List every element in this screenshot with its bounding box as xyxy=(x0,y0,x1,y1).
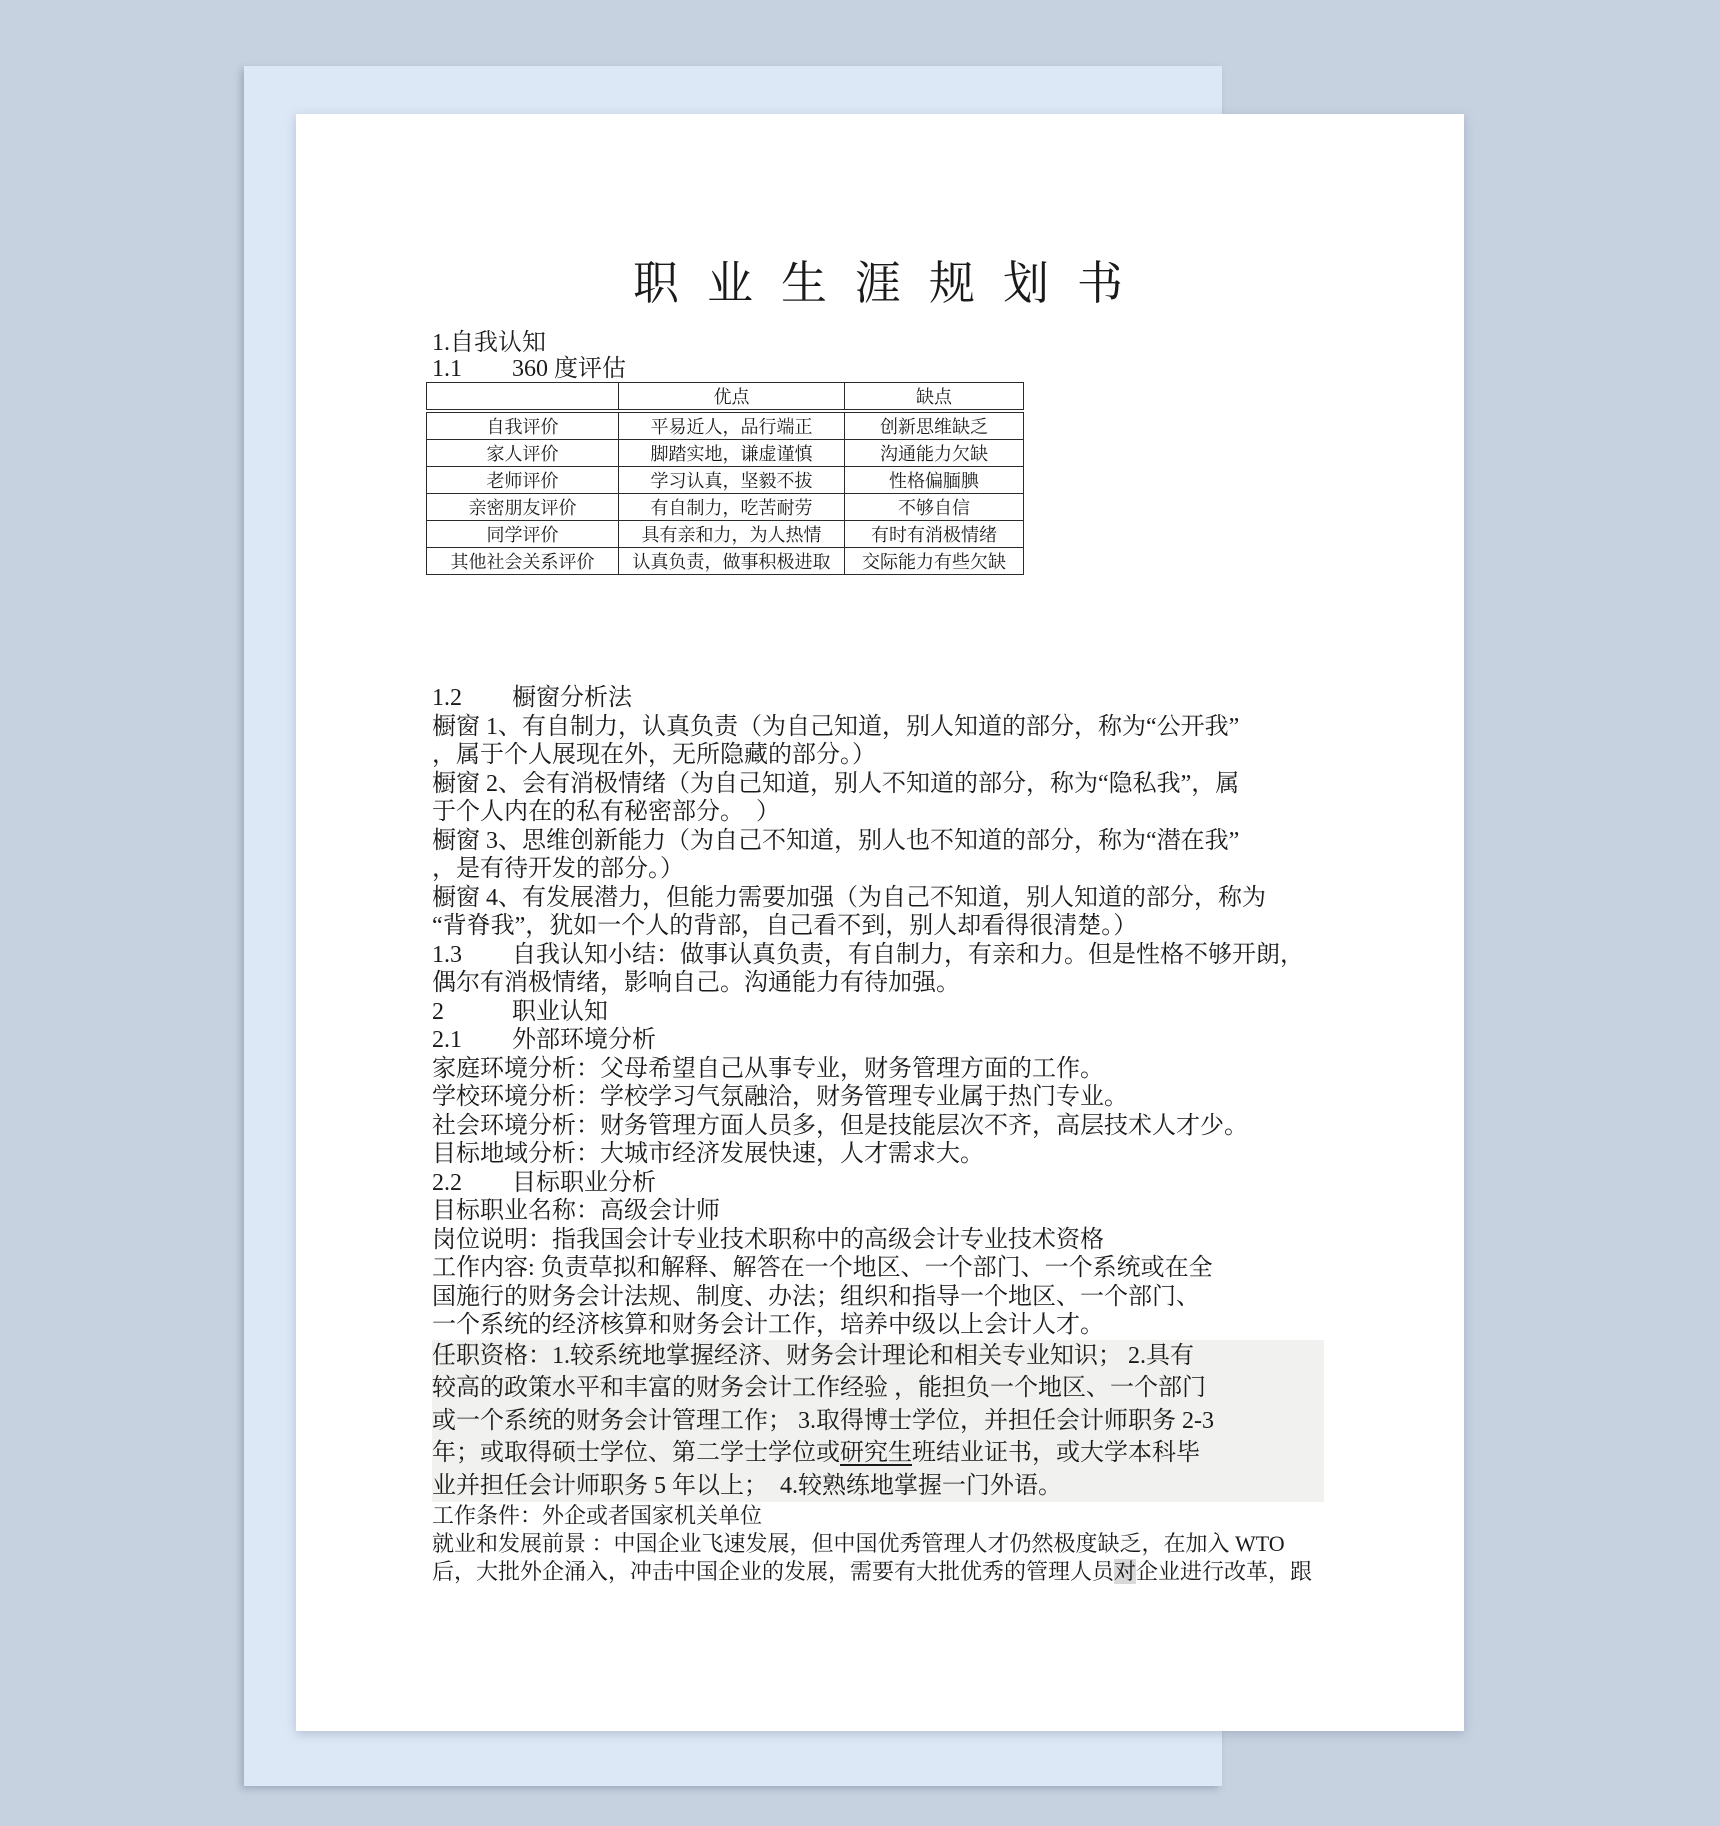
bottom-text: 工作条件：外企或者国家机关单位 就业和发展前景 ：中国企业飞速发展，但中国优秀管… xyxy=(432,1502,1324,1586)
evaluation-table: 优点 缺点 自我评价 平易近人，品行端正 创新思维缺乏 家人评价 脚踏实地，谦虚… xyxy=(426,382,1024,575)
table-row: 亲密朋友评价 有自制力，吃苦耐劳 不够自信 xyxy=(427,494,1024,521)
body-line: 橱窗 2、会有消极情绪（为自己知道，别人不知道的部分，称为“隐私我”，属 xyxy=(432,770,1324,799)
heading-1: 1.自我认知 xyxy=(432,330,1324,356)
body-line: 偶尔有消极情绪，影响自己。沟通能力有待加强。 xyxy=(432,969,1324,998)
document-title: 职业生涯规划书 xyxy=(432,254,1324,314)
body-line: 后，大批外企涌入，冲击中国企业的发展，需要有大批优秀的管理人员对企业进行改革，跟 xyxy=(432,1558,1324,1586)
body-line: 社会环境分析：财务管理方面人员多，但是技能层次不齐，高层技术人才少。 xyxy=(432,1112,1324,1141)
table-cell: 其他社会关系评价 xyxy=(427,548,619,575)
heading-text: 职业认知 xyxy=(512,999,608,1025)
table-cell: 平易近人，品行端正 xyxy=(619,411,845,440)
table-cell: 脚踏实地，谦虚谨慎 xyxy=(619,440,845,467)
heading-text: 橱窗分析法 xyxy=(512,685,632,711)
table-cell: 同学评价 xyxy=(427,521,619,548)
table-row: 家人评价 脚踏实地，谦虚谨慎 沟通能力欠缺 xyxy=(427,440,1024,467)
heading-number: 2 xyxy=(432,998,512,1027)
line-segment: 年；或取得硕士学位、第二学士学位或 xyxy=(432,1440,840,1466)
heading-2: 2职业认知 xyxy=(432,998,1324,1027)
document-canvas: 职业生涯规划书 1.自我认知 1.1360 度评估 优点 缺点 xyxy=(0,0,1720,1826)
table-header-cell xyxy=(427,383,619,412)
page-content: 职业生涯规划书 1.自我认知 1.1360 度评估 优点 缺点 xyxy=(296,114,1464,1586)
heading-text: 360 度评估 xyxy=(512,356,626,382)
qualification-line: 年；或取得硕士学位、第二学士学位或研究生班结业证书，或大学本科毕 xyxy=(432,1437,1324,1470)
line-segment: 班结业证书，或大学本科毕 xyxy=(912,1440,1200,1466)
table-cell: 有时有消极情绪 xyxy=(845,521,1024,548)
heading-number: 2.1 xyxy=(432,1026,512,1055)
table-row: 同学评价 具有亲和力，为人热情 有时有消极情绪 xyxy=(427,521,1024,548)
heading-number: 1.3 xyxy=(432,941,512,970)
table-row: 老师评价 学习认真，坚毅不拔 性格偏腼腆 xyxy=(427,467,1024,494)
body-line: 岗位说明：指我国会计专业技术职称中的高级会计专业技术资格 xyxy=(432,1226,1324,1255)
table-cell: 创新思维缺乏 xyxy=(845,411,1024,440)
body-line: 国施行的财务会计法规、制度、办法；组织和指导一个地区、一个部门、 xyxy=(432,1283,1324,1312)
qualifications-block: 任职资格：1.较系统地掌握经济、财务会计理论和相关专业知识； 2.具有 较高的政… xyxy=(432,1340,1324,1503)
document-page: 职业生涯规划书 1.自我认知 1.1360 度评估 优点 缺点 xyxy=(296,114,1464,1731)
heading-1-2: 1.2橱窗分析法 xyxy=(432,684,1324,713)
table-cell: 不够自信 xyxy=(845,494,1024,521)
table-cell: 家人评价 xyxy=(427,440,619,467)
table-header-row: 优点 缺点 xyxy=(427,383,1024,412)
heading-number: 1.2 xyxy=(432,684,512,713)
table-cell: 沟通能力欠缺 xyxy=(845,440,1024,467)
heading-1-3: 1.3自我认知小结：做事认真负责，有自制力，有亲和力。但是性格不够开朗， xyxy=(432,941,1324,970)
body-line: 工作条件：外企或者国家机关单位 xyxy=(432,1502,1324,1530)
body-line: 目标地域分析：大城市经济发展快速，人才需求大。 xyxy=(432,1140,1324,1169)
line-segment: 企业进行改革，跟 xyxy=(1136,1559,1312,1584)
line-segment: 后，大批外企涌入，冲击中国企业的发展，需要有大批优秀的管理人员 xyxy=(432,1559,1114,1584)
body-line: 家庭环境分析：父母希望自己从事专业，财务管理方面的工作。 xyxy=(432,1055,1324,1084)
table-row: 自我评价 平易近人，品行端正 创新思维缺乏 xyxy=(427,411,1024,440)
body-line: 于个人内在的私有秘密部分。 ） xyxy=(432,798,1324,827)
body-line: 一个系统的经济核算和财务会计工作，培养中级以上会计人才。 xyxy=(432,1311,1324,1340)
heading-text: 目标职业分析 xyxy=(512,1170,656,1196)
body-line: 橱窗 3、思维创新能力（为自己不知道，别人也不知道的部分，称为“潜在我” xyxy=(432,827,1324,856)
table-cell: 亲密朋友评价 xyxy=(427,494,619,521)
table-header-cell: 缺点 xyxy=(845,383,1024,412)
table-cell: 认真负责，做事积极进取 xyxy=(619,548,845,575)
body-line: 橱窗 1、有自制力，认真负责（为自己知道，别人知道的部分，称为“公开我” xyxy=(432,713,1324,742)
qualification-line: 业并担任会计师职务 5 年以上； 4.较熟练地掌握一门外语。 xyxy=(432,1470,1324,1503)
heading-number: 2.2 xyxy=(432,1169,512,1198)
table-cell: 有自制力，吃苦耐劳 xyxy=(619,494,845,521)
table-cell: 具有亲和力，为人热情 xyxy=(619,521,845,548)
body-line: 工作内容: 负责草拟和解释、解答在一个地区、一个部门、一个系统或在全 xyxy=(432,1254,1324,1283)
body-line: 橱窗 4、有发展潜力，但能力需要加强（为自己不知道，别人知道的部分，称为 xyxy=(432,884,1324,913)
body-text: 1.2橱窗分析法 橱窗 1、有自制力，认真负责（为自己知道，别人知道的部分，称为… xyxy=(432,684,1324,1340)
table-cell: 学习认真，坚毅不拔 xyxy=(619,467,845,494)
body-line: 学校环境分析：学校学习气氛融洽，财务管理专业属于热门专业。 xyxy=(432,1083,1324,1112)
table-cell: 交际能力有些欠缺 xyxy=(845,548,1024,575)
heading-text: 外部环境分析 xyxy=(512,1027,656,1053)
heading-text: 自我认知小结：做事认真负责，有自制力，有亲和力。但是性格不够开朗， xyxy=(512,942,1304,968)
body-line: 就业和发展前景 ：中国企业飞速发展，但中国优秀管理人才仍然极度缺乏，在加入 WT… xyxy=(432,1530,1324,1558)
table-cell: 自我评价 xyxy=(427,411,619,440)
table-row: 其他社会关系评价 认真负责，做事积极进取 交际能力有些欠缺 xyxy=(427,548,1024,575)
highlighted-char: 对 xyxy=(1114,1559,1136,1584)
qualification-line: 较高的政策水平和丰富的财务会计工作经验 ，能担负一个地区、一个部门 xyxy=(432,1372,1324,1405)
heading-number: 1.1 xyxy=(432,356,512,382)
qualification-line: 任职资格：1.较系统地掌握经济、财务会计理论和相关专业知识； 2.具有 xyxy=(432,1340,1324,1373)
body-line: ，是有待开发的部分。） xyxy=(432,855,1324,884)
qualification-line: 或一个系统的财务会计管理工作； 3.取得博士学位，并担任会计师职务 2-3 xyxy=(432,1405,1324,1438)
body-line: 目标职业名称：高级会计师 xyxy=(432,1197,1324,1226)
underlined-term: 研究生 xyxy=(840,1440,912,1466)
heading-1-1: 1.1360 度评估 xyxy=(432,356,1324,382)
body-line: “背脊我”，犹如一个人的背部，自己看不到，别人却看得很清楚。） xyxy=(432,912,1324,941)
heading-2-2: 2.2目标职业分析 xyxy=(432,1169,1324,1198)
table-cell: 性格偏腼腆 xyxy=(845,467,1024,494)
table-cell: 老师评价 xyxy=(427,467,619,494)
heading-2-1: 2.1外部环境分析 xyxy=(432,1026,1324,1055)
table-header-cell: 优点 xyxy=(619,383,845,412)
body-line: ，属于个人展现在外，无所隐藏的部分。） xyxy=(432,741,1324,770)
